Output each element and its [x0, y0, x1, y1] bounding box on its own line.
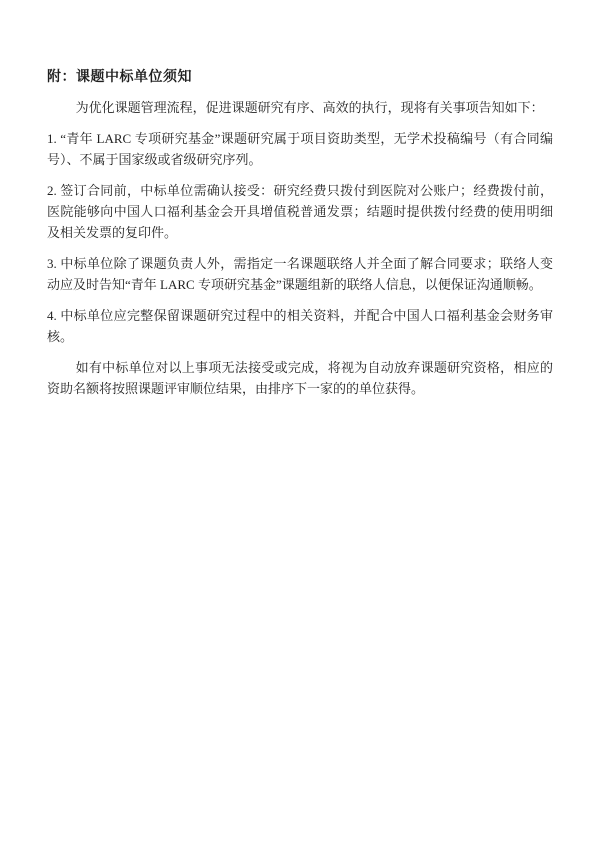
document-page: 附：课题中标单位须知 为优化课题管理流程，促进课题研究有序、高效的执行，现将有关…	[0, 0, 600, 848]
notice-item-4: 4. 中标单位应完整保留课题研究过程中的相关资料，并配合中国人口福利基金会财务审…	[47, 305, 553, 347]
intro-paragraph: 为优化课题管理流程，促进课题研究有序、高效的执行，现将有关事项告知如下：	[47, 97, 553, 118]
document-title: 附：课题中标单位须知	[47, 66, 553, 87]
notice-item-1: 1. “青年 LARC 专项研究基金”课题研究属于项目资助类型，无学术投稿编号（…	[47, 128, 553, 170]
notice-item-3: 3. 中标单位除了课题负责人外，需指定一名课题联络人并全面了解合同要求；联络人变…	[47, 253, 553, 295]
notice-item-2: 2. 签订合同前，中标单位需确认接受：研究经费只拨付到医院对公账户；经费拨付前，…	[47, 180, 553, 243]
closing-paragraph: 如有中标单位对以上事项无法接受或完成，将视为自动放弃课题研究资格，相应的资助名额…	[47, 357, 553, 399]
